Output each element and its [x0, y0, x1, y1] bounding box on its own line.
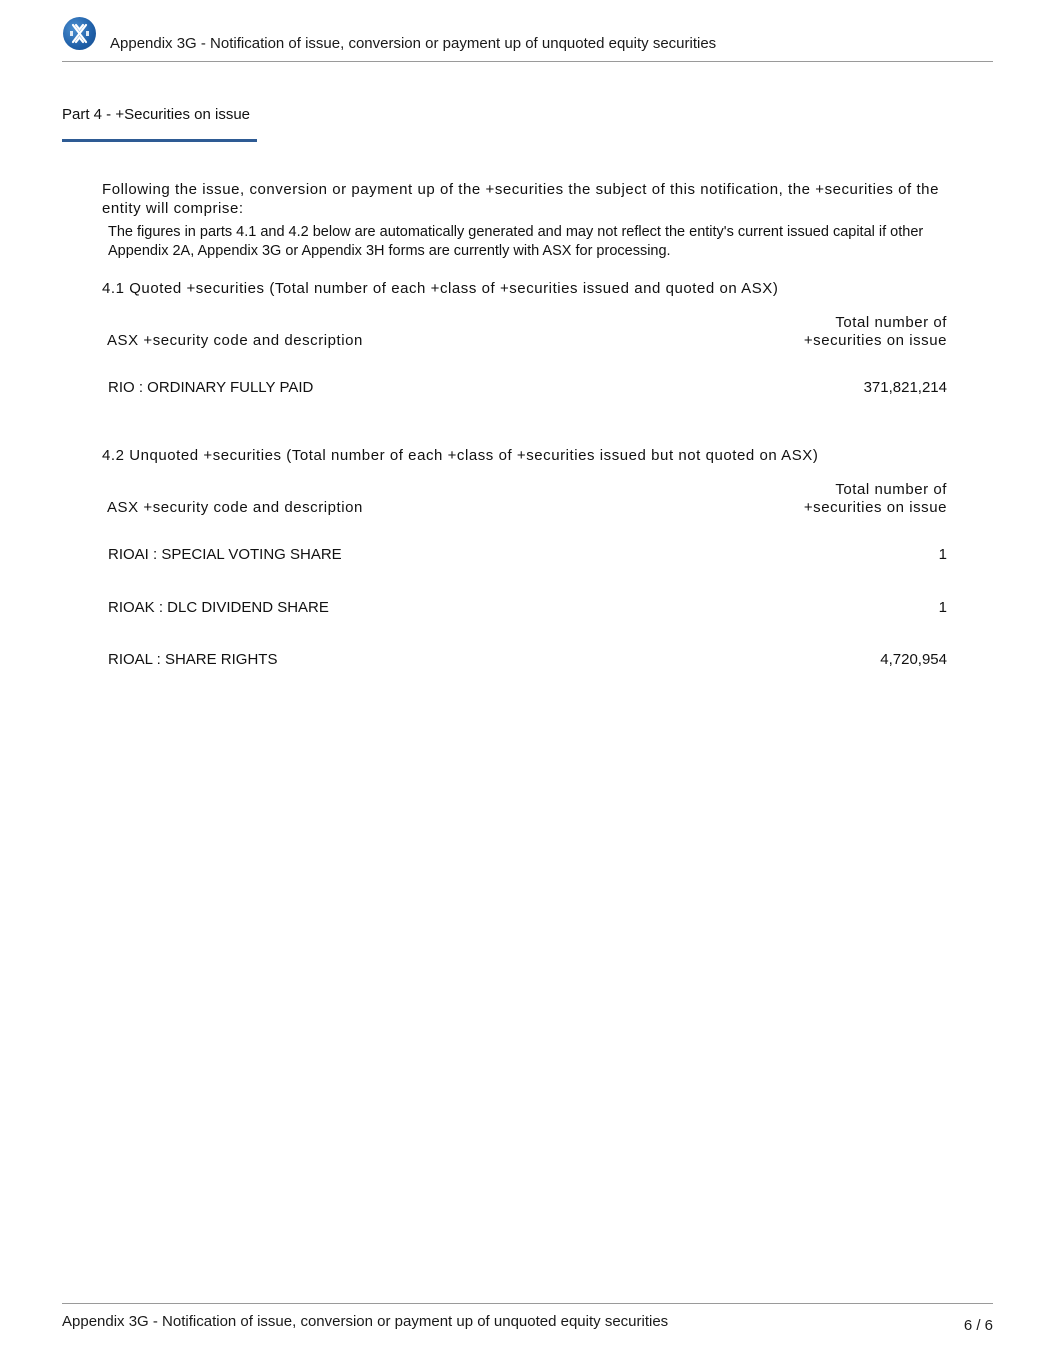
footer-divider	[62, 1303, 993, 1304]
footer-title: Appendix 3G - Notification of issue, con…	[62, 1313, 668, 1330]
table-row: RIO : ORDINARY FULLY PAID 371,821,214	[108, 379, 947, 399]
security-total: 1	[939, 599, 947, 616]
table-row: RIOAI : SPECIAL VOTING SHARE 1	[108, 546, 947, 566]
security-code: RIO : ORDINARY FULLY PAID	[108, 379, 313, 396]
unquoted-col-total-line2: +securities on issue	[727, 499, 947, 517]
unquoted-col-code-header: ASX +security code and description	[107, 499, 363, 516]
unquoted-col-total-header: Total number of +securities on issue	[727, 481, 947, 517]
quoted-col-code-header: ASX +security code and description	[107, 332, 363, 349]
security-code: RIOAI : SPECIAL VOTING SHARE	[108, 546, 342, 563]
security-code: RIOAK : DLC DIVIDEND SHARE	[108, 599, 329, 616]
figures-note: The figures in parts 4.1 and 4.2 below a…	[108, 223, 953, 261]
table-row: RIOAK : DLC DIVIDEND SHARE 1	[108, 599, 947, 619]
unquoted-section-title: 4.2 Unquoted +securities (Total number o…	[102, 447, 818, 464]
page-number: 6 / 6	[964, 1317, 993, 1334]
part-title: Part 4 - +Securities on issue	[62, 106, 250, 123]
security-code: RIOAL : SHARE RIGHTS	[108, 651, 277, 668]
security-total: 4,720,954	[880, 651, 947, 668]
security-total: 371,821,214	[864, 379, 947, 396]
intro-text: Following the issue, conversion or payme…	[102, 180, 952, 218]
quoted-col-total-header: Total number of +securities on issue	[727, 314, 947, 350]
quoted-col-total-line1: Total number of	[727, 314, 947, 332]
quoted-section-title: 4.1 Quoted +securities (Total number of …	[102, 280, 778, 297]
security-total: 1	[939, 546, 947, 563]
asx-logo-icon	[63, 17, 96, 50]
quoted-col-total-line2: +securities on issue	[727, 332, 947, 350]
page-header: Appendix 3G - Notification of issue, con…	[62, 16, 993, 62]
header-title: Appendix 3G - Notification of issue, con…	[110, 35, 716, 52]
table-row: RIOAL : SHARE RIGHTS 4,720,954	[108, 651, 947, 671]
unquoted-col-total-line1: Total number of	[727, 481, 947, 499]
part-title-underline	[62, 139, 257, 142]
